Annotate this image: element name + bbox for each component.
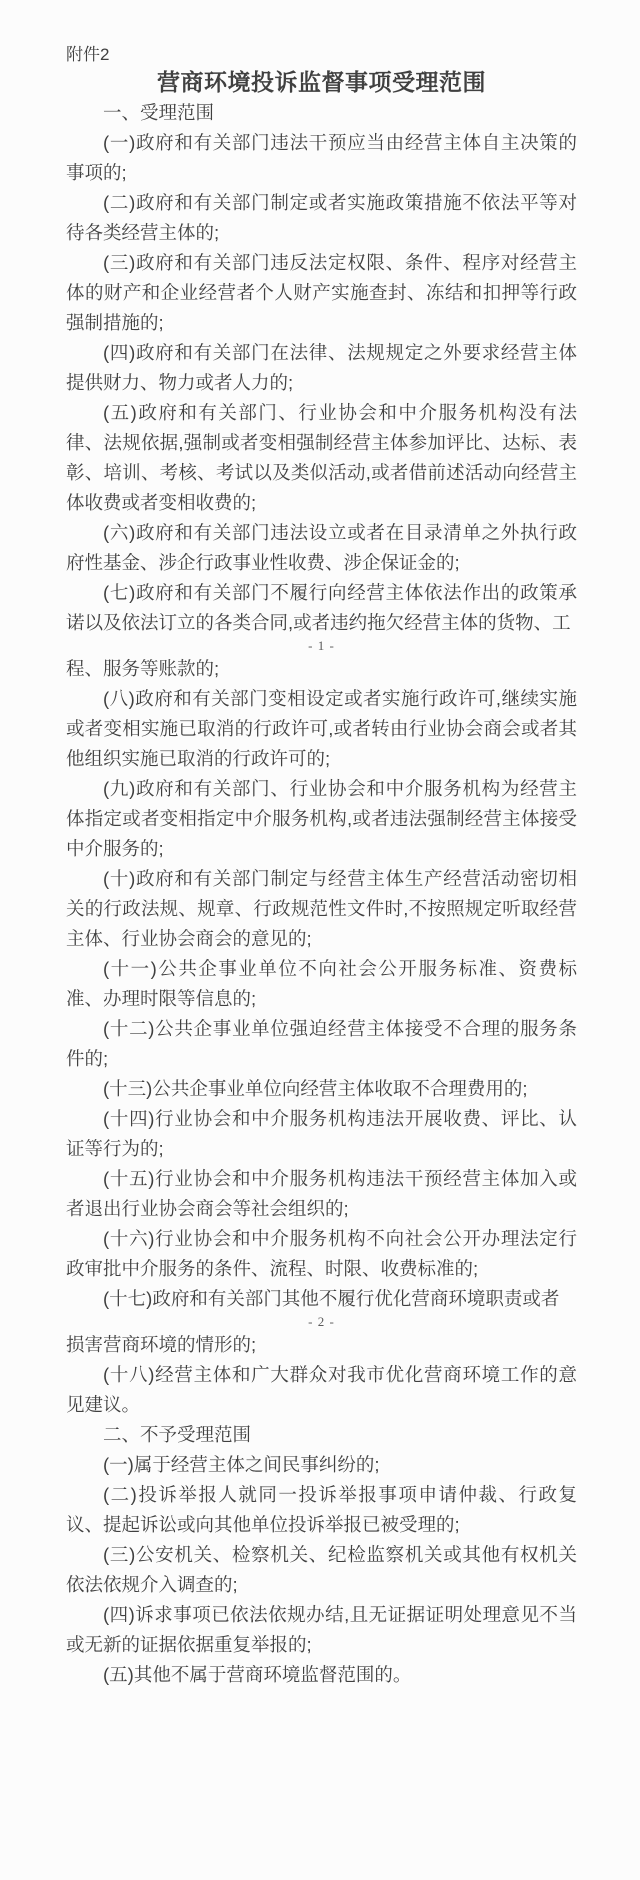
page-number-1: - 1 -: [66, 638, 577, 654]
item-2-01: (一)属于经营主体之间民事纠纷的;: [66, 1450, 577, 1480]
item-2-02: (二)投诉举报人就同一投诉举报事项申请仲裁、行政复议、提起诉讼或向其他单位投诉举…: [66, 1480, 577, 1540]
item-1-17-part1: (十七)政府和有关部门其他不履行优化营商环境职责或者: [66, 1284, 577, 1314]
item-1-07-part1: (七)政府和有关部门不履行向经营主体依法作出的政策承诺以及依法订立的各类合同,或…: [66, 578, 577, 638]
item-1-14: (十四)行业协会和中介服务机构违法开展收费、评比、认证等行为的;: [66, 1104, 577, 1164]
document-title: 营商环境投诉监督事项受理范围: [66, 66, 577, 98]
item-1-05: (五)政府和有关部门、行业协会和中介服务机构没有法律、法规依据,强制或者变相强制…: [66, 398, 577, 518]
item-1-01: (一)政府和有关部门违法干预应当由经营主体自主决策的事项的;: [66, 128, 577, 188]
item-1-11: (十一)公共企事业单位不向社会公开服务标准、资费标准、办理时限等信息的;: [66, 954, 577, 1014]
document-body: 附件2营商环境投诉监督事项受理范围一、受理范围(一)政府和有关部门违法干预应当由…: [66, 44, 577, 1690]
item-1-18: (十八)经营主体和广大群众对我市优化营商环境工作的意见建议。: [66, 1360, 577, 1420]
item-1-07-part2: 程、服务等账款的;: [66, 654, 577, 684]
item-1-15: (十五)行业协会和中介服务机构违法干预经营主体加入或者退出行业协会商会等社会组织…: [66, 1164, 577, 1224]
item-1-13: (十三)公共企事业单位向经营主体收取不合理费用的;: [66, 1074, 577, 1104]
item-1-16: (十六)行业协会和中介服务机构不向社会公开办理法定行政审批中介服务的条件、流程、…: [66, 1224, 577, 1284]
item-1-06: (六)政府和有关部门违法设立或者在目录清单之外执行政府性基金、涉企行政事业性收费…: [66, 518, 577, 578]
item-1-09: (九)政府和有关部门、行业协会和中介服务机构为经营主体指定或者变相指定中介服务机…: [66, 774, 577, 864]
item-1-12: (十二)公共企事业单位强迫经营主体接受不合理的服务条件的;: [66, 1014, 577, 1074]
item-1-03: (三)政府和有关部门违反法定权限、条件、程序对经营主体的财产和企业经营者个人财产…: [66, 248, 577, 338]
attachment-label: 附件2: [66, 44, 577, 66]
item-1-17-part2: 损害营商环境的情形的;: [66, 1330, 577, 1360]
document-page: 附件2营商环境投诉监督事项受理范围一、受理范围(一)政府和有关部门违法干预应当由…: [0, 0, 640, 1880]
item-1-02: (二)政府和有关部门制定或者实施政策措施不依法平等对待各类经营主体的;: [66, 188, 577, 248]
page-number-2: - 2 -: [66, 1314, 577, 1330]
item-1-08: (八)政府和有关部门变相设定或者实施行政许可,继续实施或者变相实施已取消的行政许…: [66, 684, 577, 774]
item-2-05: (五)其他不属于营商环境监督范围的。: [66, 1660, 577, 1690]
item-1-04: (四)政府和有关部门在法律、法规规定之外要求经营主体提供财力、物力或者人力的;: [66, 338, 577, 398]
item-1-10: (十)政府和有关部门制定与经营主体生产经营活动密切相关的行政法规、规章、行政规范…: [66, 864, 577, 954]
item-2-03: (三)公安机关、检察机关、纪检监察机关或其他有权机关依法依规介入调查的;: [66, 1540, 577, 1600]
section-1-heading: 一、受理范围: [66, 98, 577, 128]
section-2-heading: 二、不予受理范围: [66, 1420, 577, 1450]
item-2-04: (四)诉求事项已依法依规办结,且无证据证明处理意见不当或无新的证据依据重复举报的…: [66, 1600, 577, 1660]
